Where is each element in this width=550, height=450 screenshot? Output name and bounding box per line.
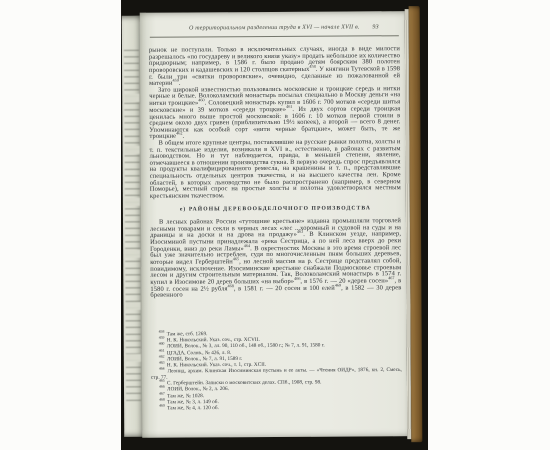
footnote-number: 464 <box>159 367 165 371</box>
open-book: О территориальном разделении труда в XVI… <box>0 0 550 450</box>
body-text: рынок не поступали. Только в исключитель… <box>149 46 402 299</box>
footnote-ref: 466 <box>294 276 300 281</box>
book-photo: { "photo": { "backdrop_color": "#14130f"… <box>0 0 550 450</box>
footnote: 469 Там же, № 4, л. 120 об. <box>151 404 402 412</box>
footnote-number: 459 <box>159 336 165 340</box>
footnote-ref: 461 <box>286 104 292 109</box>
footnote-ref: 460 <box>198 97 204 102</box>
footnote-ref: 463 <box>297 229 303 234</box>
paragraph: В общем итоге крупные центры, поставлявш… <box>149 139 400 200</box>
running-head: О территориальном разделении труда в XVI… <box>150 24 399 38</box>
footnote-number: 462 <box>159 355 165 359</box>
footnote-number: 460 <box>159 342 165 346</box>
footnote-ref: 459 <box>173 78 179 83</box>
footnote-ref: 465 <box>233 256 239 261</box>
footnote-number: 461 <box>159 348 165 352</box>
paragraph: Зато широкой известностью пользовались м… <box>149 86 400 141</box>
footnotes: 458 Там же, стб. 1269.459 Н. К. Никольск… <box>151 330 402 412</box>
book-page: О территориальном разделении труда в XVI… <box>140 11 408 438</box>
footnote-ref: 469 <box>335 282 341 287</box>
footnote-number: 463 <box>159 361 165 365</box>
footnote-ref: 458 <box>309 63 315 68</box>
footnote-ref: 462 <box>176 131 182 136</box>
footnote-ref: 464 <box>244 243 250 248</box>
footnote-number: 467 <box>159 391 165 395</box>
footnote-number: 466 <box>159 385 165 389</box>
section-heading: е) РАЙОНЫ ДЕРЕВООБДЕЛОЧНОГО ПРОИЗВОДСТВА <box>150 206 401 214</box>
footnote-number: 458 <box>159 330 165 334</box>
paragraph: В лесных районах России «тутошние кресть… <box>150 218 401 299</box>
footnote-number: 468 <box>159 397 165 401</box>
footnote-ref: 468 <box>228 283 234 288</box>
footnote-number: 469 <box>159 404 165 408</box>
footnote-ref: 467 <box>388 275 394 280</box>
footnote-number: 465 <box>159 379 165 383</box>
page-number: 93 <box>372 24 378 31</box>
paragraph: рынок не поступали. Только в исключитель… <box>149 46 400 87</box>
running-title: О территориальном разделении труда в XVI… <box>189 24 360 31</box>
book-cover-edge <box>409 6 423 442</box>
